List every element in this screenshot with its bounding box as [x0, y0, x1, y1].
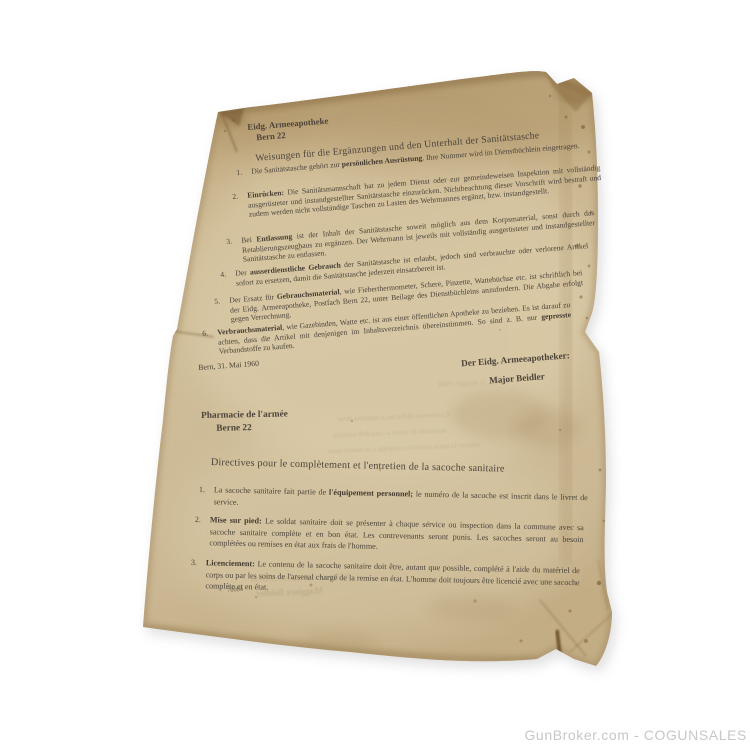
- french-letterhead-line1: Pharmacie de l'armée: [201, 409, 288, 421]
- item-number: 1.: [199, 484, 205, 496]
- french-letterhead: Pharmacie de l'armée Berne 22: [201, 408, 288, 435]
- photo-of-document: Berna, 31 maggio 1960 Il contenuto della…: [0, 0, 750, 750]
- item-number: 2.: [195, 514, 201, 526]
- french-letterhead-line2: Berne 22: [201, 421, 288, 435]
- paper-sheet-graphic: [0, 0, 750, 750]
- item-text: Licenciement: Le contenu de la sacoche s…: [205, 558, 580, 592]
- item-number: 3.: [226, 237, 232, 247]
- item-number: 4.: [220, 270, 226, 280]
- item-number: 3.: [191, 557, 197, 569]
- watermark-text: GunBroker.com - COGUNSALES: [524, 727, 747, 743]
- item-number: 2.: [232, 192, 238, 202]
- item-number: 6.: [202, 329, 208, 339]
- item-text: Mise sur pied: Le soldat sanitaire doit …: [209, 515, 584, 551]
- form-number: 70004: [227, 586, 243, 594]
- item-number: 5.: [214, 297, 220, 307]
- item-number: 1.: [236, 168, 242, 178]
